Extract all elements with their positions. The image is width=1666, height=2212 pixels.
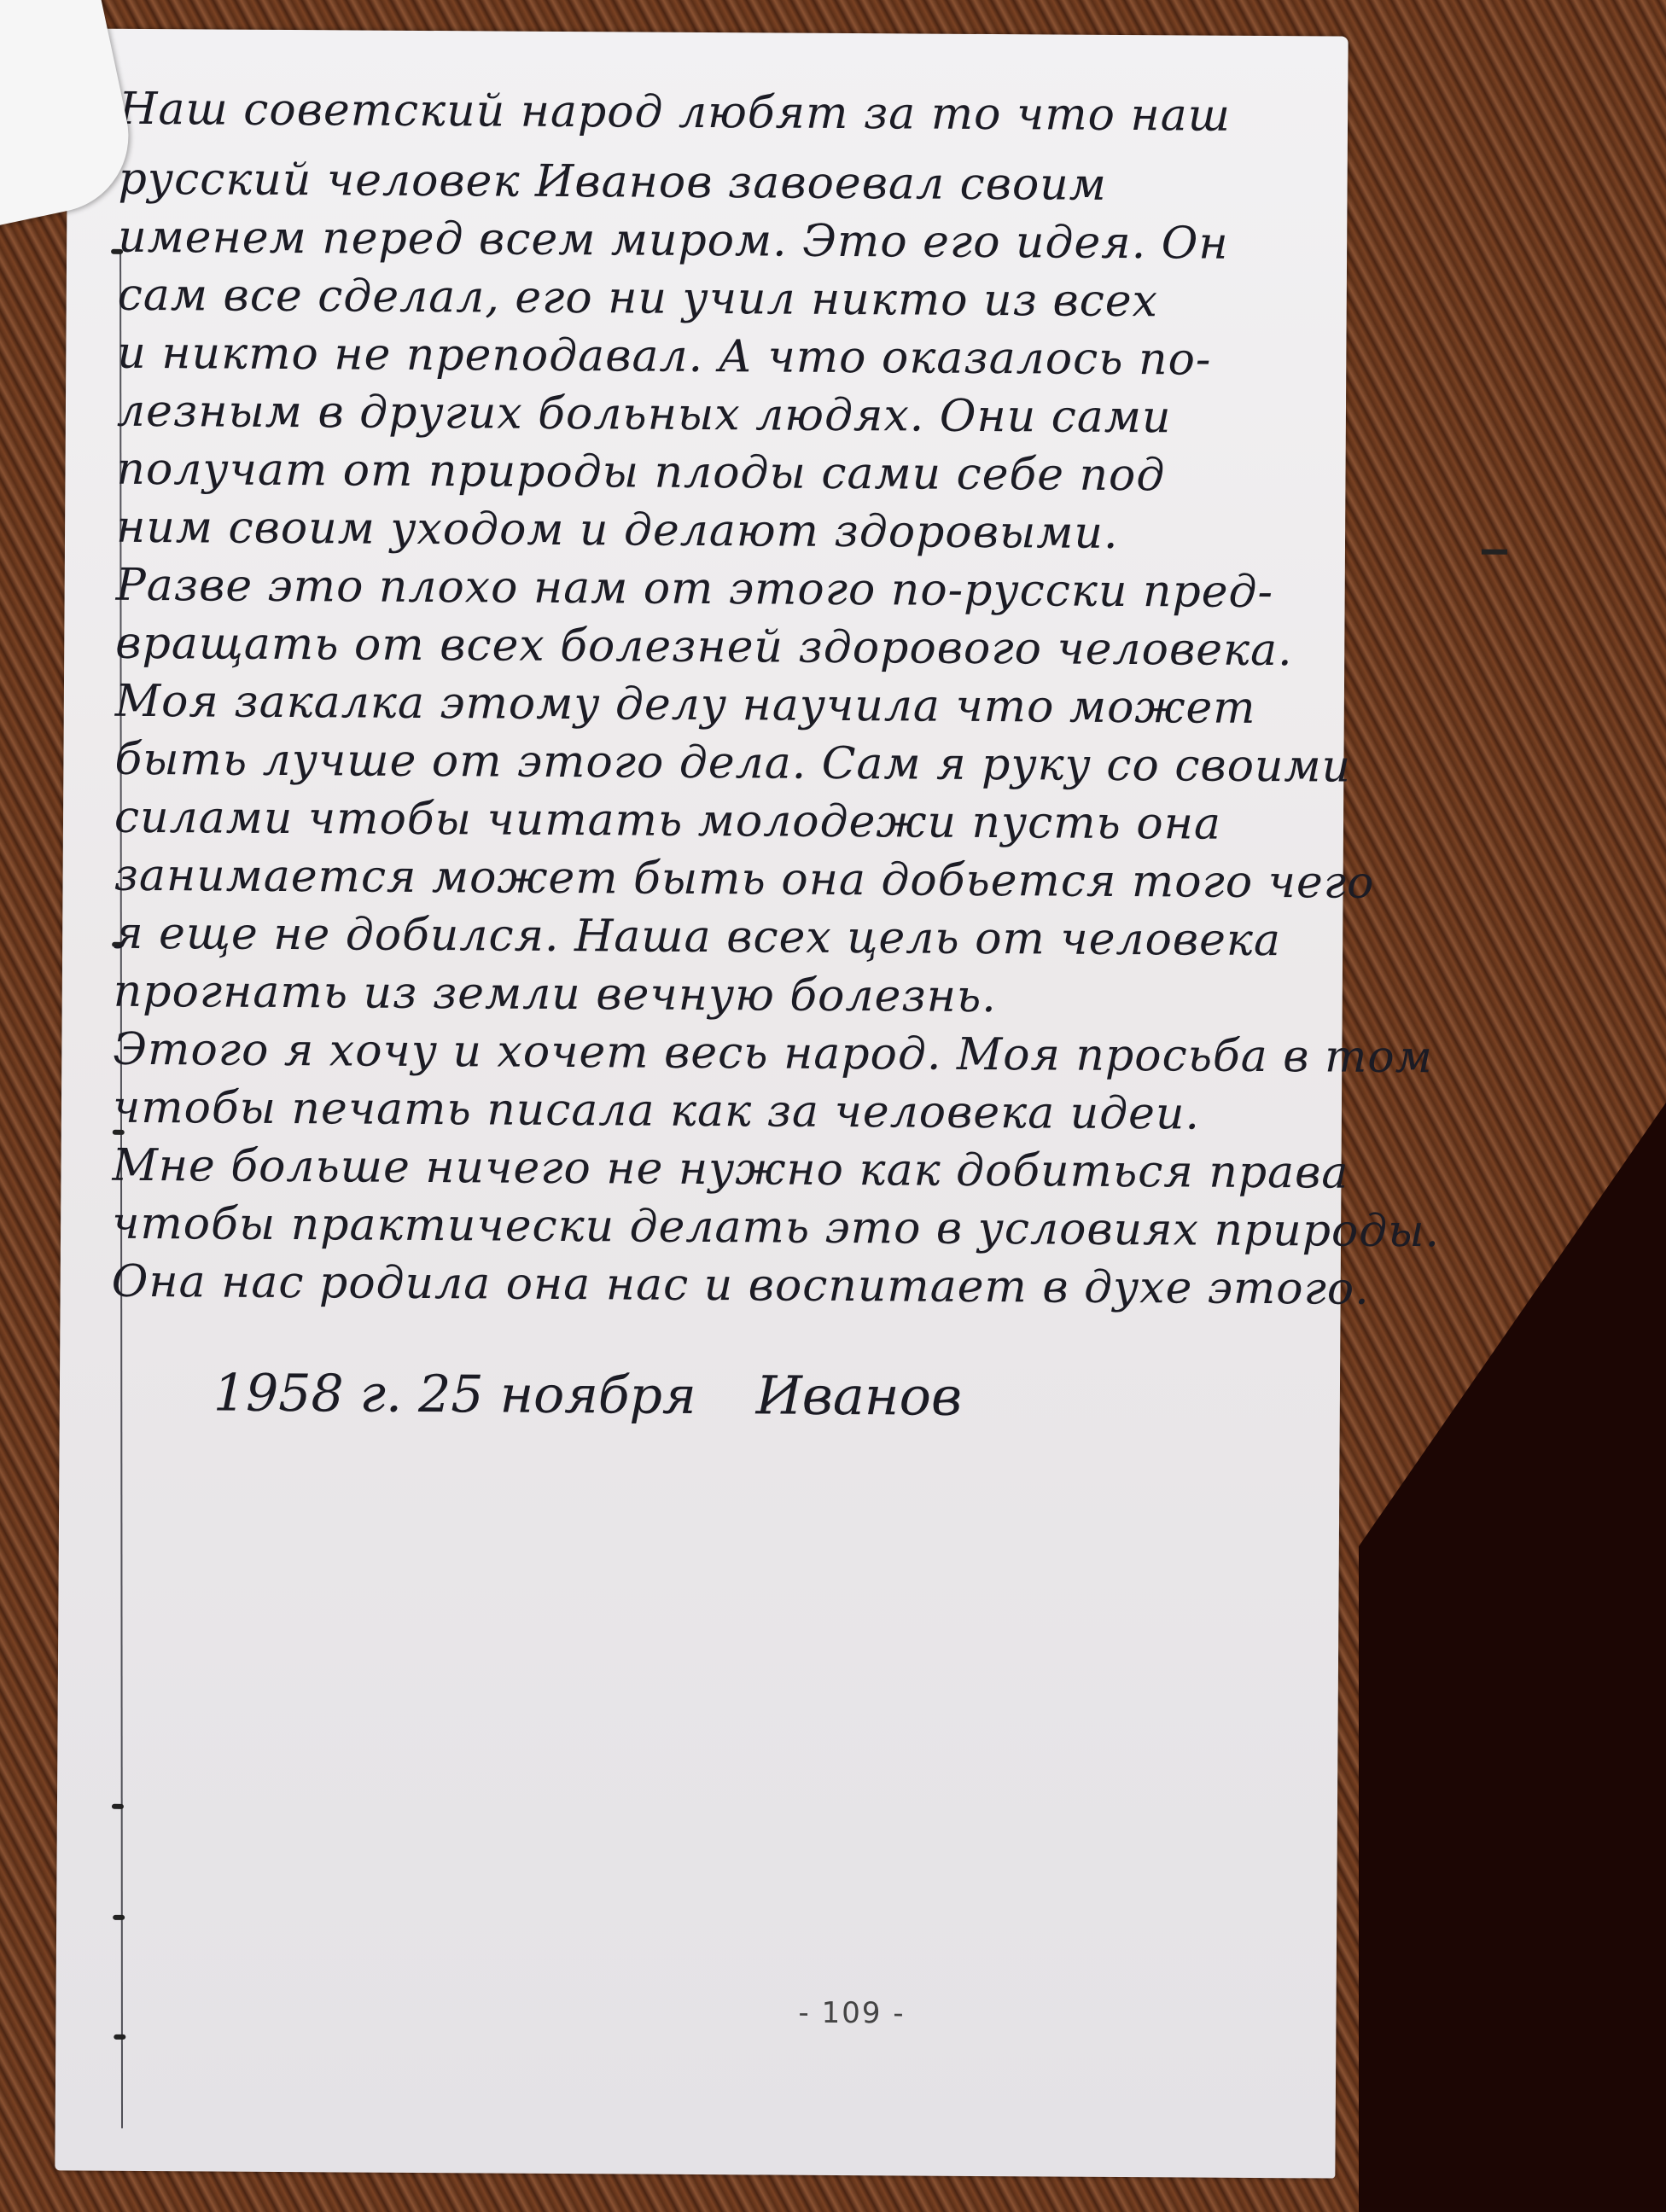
table-shadow — [1359, 1103, 1666, 2212]
text-line: ним своим уходом и делают здоровыми. — [116, 498, 1311, 564]
text-line: лезным в других больных людях. Они сами — [117, 382, 1312, 448]
text-line: силами чтобы читать молодежи пусть она — [114, 789, 1309, 854]
text-line: быть лучше от этого дела. Сам я руку со … — [114, 731, 1309, 796]
date-signature-row: 1958 г. 25 ноября Иванов — [213, 1361, 963, 1428]
text-line: Моя закалка этому делу научила что может — [115, 672, 1310, 738]
text-line: чтобы практически делать это в условиях … — [112, 1195, 1307, 1260]
text-line: прогнать из земли вечную болезнь. — [114, 963, 1308, 1028]
text-line: Разве это плохо нам от этого по-русски п… — [115, 556, 1310, 622]
text-line: Мне больше ничего не нужно как добиться … — [112, 1137, 1307, 1202]
handwritten-text: Наш советский народ любят за то что наш … — [112, 80, 1314, 1318]
page-number: - 109 - — [798, 1996, 905, 2031]
text-line: Этого я хочу и хочет весь народ. Моя про… — [113, 1021, 1308, 1086]
text-line: чтобы печать писала как за человека идеи… — [113, 1079, 1308, 1144]
signature: Иванов — [755, 1364, 962, 1427]
text-line: я еще не добился. Наша всех цель от чело… — [114, 905, 1308, 970]
text-line: сам все сделал, его ни учил никто из все… — [118, 266, 1313, 332]
text-line: и никто не преподавал. А что оказалось п… — [117, 324, 1312, 390]
margin-tick-mark — [112, 1804, 124, 1809]
document-date: 1958 г. 25 ноября — [213, 1364, 696, 1426]
text-line: Наш советский народ любят за то что наш — [119, 80, 1314, 146]
text-line: получат от природы плоды сами себе под — [116, 440, 1311, 506]
document-page: Наш советский народ любят за то что наш … — [55, 28, 1348, 2178]
margin-tick-mark — [114, 2034, 125, 2040]
text-line: Она нас родила она нас и воспитает в дух… — [112, 1253, 1307, 1318]
text-line: вращать от всех болезней здорового челов… — [115, 614, 1310, 680]
text-line: занимается может быть она добьется того … — [114, 847, 1308, 912]
margin-dash-mark — [1482, 550, 1507, 555]
margin-tick-mark — [113, 1915, 125, 1920]
text-line: именем перед всем миром. Это его идея. О… — [118, 208, 1313, 274]
text-line: русский человек Иванов завоевал своим — [118, 150, 1313, 216]
